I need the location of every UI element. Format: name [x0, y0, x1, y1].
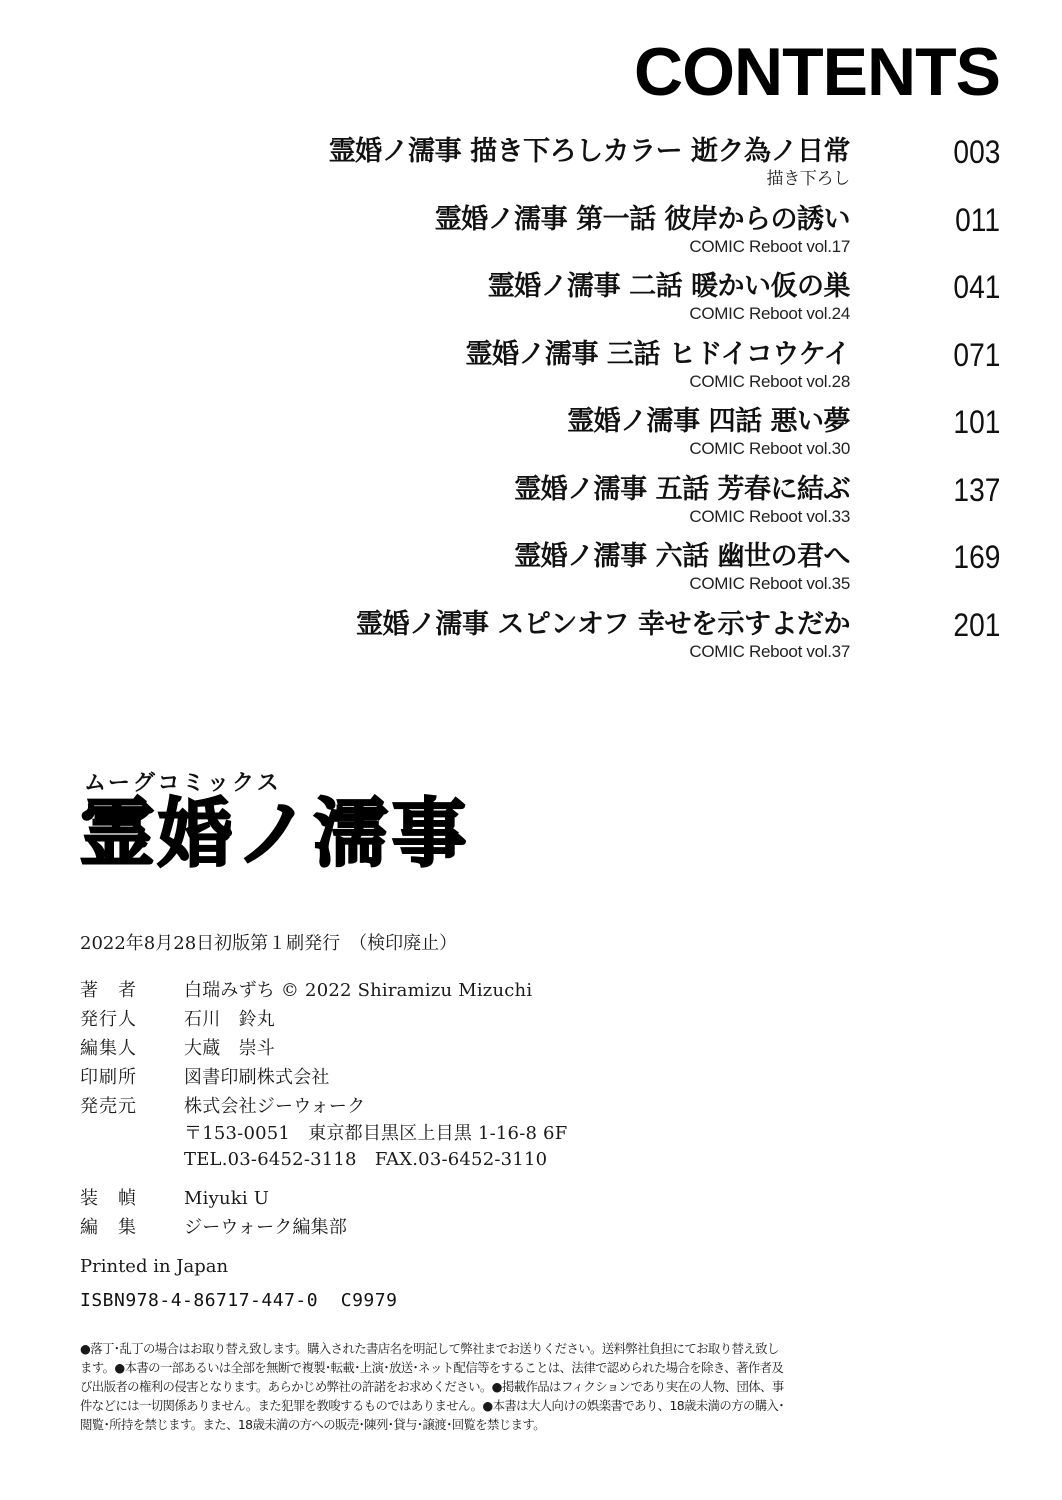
credits-block: 著 者 白瑞みずち © 2022 Shiramizu Mizuchi 発行人 石… [80, 976, 567, 1173]
legal-notice: ●落丁･乱丁の場合はお取り替え致します。購入された書店名を明記して弊社までお送り… [80, 1339, 815, 1434]
credit-key: 印刷所 [80, 1063, 184, 1092]
toc-entry: 霊婚ノ濡事 四話 悪い夢 COMIC Reboot vol.30 101 [100, 398, 1000, 466]
toc-entry-page: 003 [953, 134, 1000, 170]
credit-key: 発行人 [80, 1005, 184, 1034]
toc-entry-title: 霊婚ノ濡事 四話 悪い夢 [567, 406, 850, 438]
credit-row-distributor: 発売元 株式会社ジーウォーク [80, 1092, 567, 1121]
credit-row-printer: 印刷所 図書印刷株式会社 [80, 1063, 567, 1092]
credit-row-editing: 編 集 ジーウォーク編集部 [80, 1213, 347, 1242]
toc-entry-page: 169 [953, 539, 1000, 575]
credit-value: 石川 鈴丸 [184, 1005, 275, 1034]
toc-entry-source: COMIC Reboot vol.35 [689, 574, 850, 594]
toc-entry: 霊婚ノ濡事 スピンオフ 幸せを示すよだか COMIC Reboot vol.37… [100, 601, 1000, 669]
toc-entry-title: 霊婚ノ濡事 三話 ヒドイコウケイ [466, 339, 850, 371]
toc-entry: 霊婚ノ濡事 三話 ヒドイコウケイ COMIC Reboot vol.28 071 [100, 331, 1000, 399]
book-title: 霊婚ノ濡事 [80, 794, 470, 874]
toc-entry-page: 101 [953, 404, 1000, 440]
distributor-phone-fax: TEL.03-6452-3118 FAX.03-6452-3110 [184, 1147, 547, 1173]
toc-entry-title: 霊婚ノ濡事 描き下ろしカラー 逝ク為ノ日常 [329, 136, 850, 168]
toc-entry-source: COMIC Reboot vol.33 [689, 507, 850, 527]
isbn-code: ISBN978-4-86717-447-0 C9979 [80, 1289, 397, 1313]
toc-entry-page: 201 [953, 607, 1000, 643]
toc-entry-source: COMIC Reboot vol.17 [689, 237, 850, 257]
toc-entry-source: COMIC Reboot vol.24 [689, 304, 850, 324]
credit-key: 編 集 [80, 1213, 184, 1242]
printed-in-label: Printed in Japan [80, 1255, 228, 1279]
credit-key: 編集人 [80, 1034, 184, 1063]
toc-entry-title: 霊婚ノ濡事 六話 幽世の君へ [514, 541, 850, 573]
credit-value: ジーウォーク編集部 [184, 1213, 347, 1242]
credit-value: 図書印刷株式会社 [184, 1063, 330, 1092]
credit-row-design: 装 幀 Miyuki U [80, 1184, 347, 1213]
credit-row-editor-in-chief: 編集人 大蔵 崇斗 [80, 1034, 567, 1063]
address-row: 〒153-0051 東京都目黒区上目黒 1-16-8 6F [80, 1121, 567, 1147]
toc-entry-page: 011 [955, 202, 1000, 238]
credit-value: Miyuki U [184, 1184, 269, 1213]
contents-heading: CONTENTS [634, 38, 1000, 106]
credit-key: 装 幀 [80, 1184, 184, 1213]
toc-entry: 霊婚ノ濡事 五話 芳春に結ぶ COMIC Reboot vol.33 137 [100, 466, 1000, 534]
notice-line: 件などには一切関係ありません。また犯罪を教唆するものではありません。●本書は大人… [80, 1396, 815, 1415]
credit-value: 白瑞みずち © 2022 Shiramizu Mizuchi [184, 976, 532, 1005]
edition-line: 2022年8月28日初版第１刷発行 （検印廃止） [80, 932, 457, 956]
credits-block-2: 装 幀 Miyuki U 編 集 ジーウォーク編集部 [80, 1184, 347, 1242]
toc-entry: 霊婚ノ濡事 二話 暖かい仮の巣 COMIC Reboot vol.24 041 [100, 263, 1000, 331]
toc-entry: 霊婚ノ濡事 描き下ろしカラー 逝ク為ノ日常 描き下ろし 003 [100, 128, 1000, 196]
toc-entry-source: COMIC Reboot vol.28 [689, 372, 850, 392]
credit-row-publisher: 発行人 石川 鈴丸 [80, 1005, 567, 1034]
toc-entry: 霊婚ノ濡事 六話 幽世の君へ COMIC Reboot vol.35 169 [100, 533, 1000, 601]
credit-row-author: 著 者 白瑞みずち © 2022 Shiramizu Mizuchi [80, 976, 567, 1005]
toc-entry-title: 霊婚ノ濡事 二話 暖かい仮の巣 [488, 271, 850, 303]
toc-entry-page: 071 [953, 337, 1000, 373]
credit-key: 著 者 [80, 976, 184, 1005]
toc-entry: 霊婚ノ濡事 第一話 彼岸からの誘い COMIC Reboot vol.17 01… [100, 196, 1000, 264]
distributor-address: 〒153-0051 東京都目黒区上目黒 1-16-8 6F [184, 1121, 567, 1147]
toc-entry-page: 041 [953, 269, 1000, 305]
toc-entry-source: COMIC Reboot vol.30 [689, 439, 850, 459]
credit-key: 発売元 [80, 1092, 184, 1121]
toc-entry-source: 描き下ろし [767, 169, 851, 189]
credit-value: 株式会社ジーウォーク [184, 1092, 365, 1121]
toc-entry-title: 霊婚ノ濡事 第一話 彼岸からの誘い [435, 204, 850, 236]
toc-entry-title: 霊婚ノ濡事 五話 芳春に結ぶ [514, 474, 850, 506]
toc-entry-source: COMIC Reboot vol.37 [689, 642, 850, 662]
toc-entry-title: 霊婚ノ濡事 スピンオフ 幸せを示すよだか [356, 609, 850, 641]
notice-line: 閲覧･所持を禁じます。また、18歳未満の方への販売･陳列･貸与･譲渡･回覧を禁じ… [80, 1415, 815, 1434]
colophon-header: ムーグコミックス 霊婚ノ濡事 [80, 770, 470, 874]
notice-line: ます。●本書の一部あるいは全部を無断で複製･転載･上演･放送･ネット配信等をする… [80, 1358, 815, 1377]
phone-fax-row: TEL.03-6452-3118 FAX.03-6452-3110 [80, 1147, 567, 1173]
toc-entry-page: 137 [953, 472, 1000, 508]
table-of-contents: 霊婚ノ濡事 描き下ろしカラー 逝ク為ノ日常 描き下ろし 003 霊婚ノ濡事 第一… [100, 128, 1000, 668]
credit-value: 大蔵 崇斗 [184, 1034, 275, 1063]
notice-line: び出版者の権利の侵害となります。あらかじめ弊社の許諾をお求めください。●掲載作品… [80, 1377, 815, 1396]
notice-line: ●落丁･乱丁の場合はお取り替え致します。購入された書店名を明記して弊社までお送り… [80, 1339, 815, 1358]
